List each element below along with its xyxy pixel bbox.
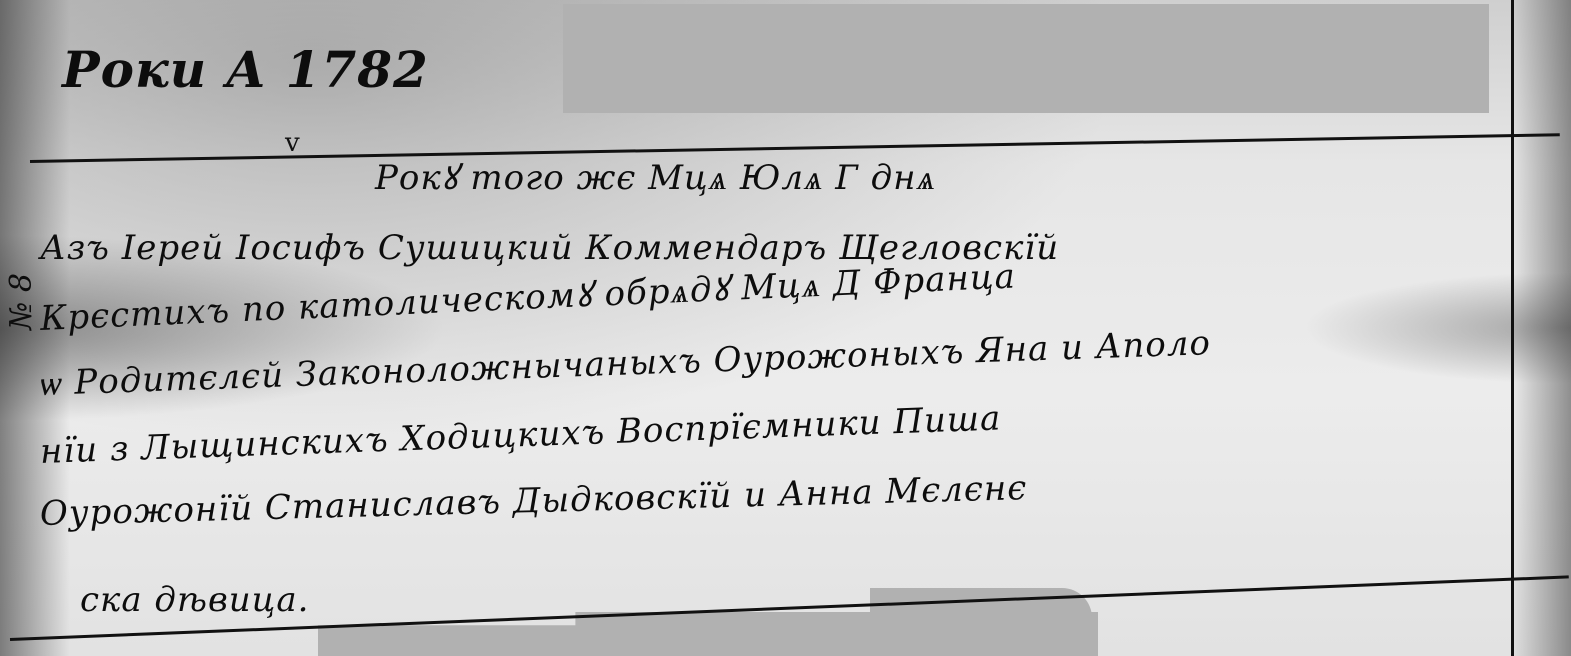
page-edge-shadow-right	[1511, 0, 1571, 656]
record-line-6: ска дѣвица.	[80, 580, 309, 620]
redaction-block-top	[563, 4, 1489, 113]
year-header: Роки А 1782	[62, 40, 429, 99]
record-line-5: Оурожонїй Станиславъ Дыдковскїй и Анна М…	[39, 468, 1027, 534]
entry-date-heading: Рокꙋ того жє Мцѧ Юлѧ Г днѧ	[375, 153, 936, 199]
tick-mark: ⅴ	[285, 128, 300, 158]
right-margin-rule	[1511, 0, 1514, 656]
record-line-3: ѡ Родитєлєй Законоложнычаныхъ Оурожоныхъ…	[39, 323, 1211, 404]
manuscript-page: ⅴ Роки А 1782 Рокꙋ того жє Мцѧ Юлѧ Г днѧ…	[0, 0, 1571, 656]
record-line-4: нїи з Лыщинскихъ Ходицкихъ Воспрїємники …	[39, 398, 1002, 472]
margin-entry-number: № 8	[4, 273, 39, 330]
